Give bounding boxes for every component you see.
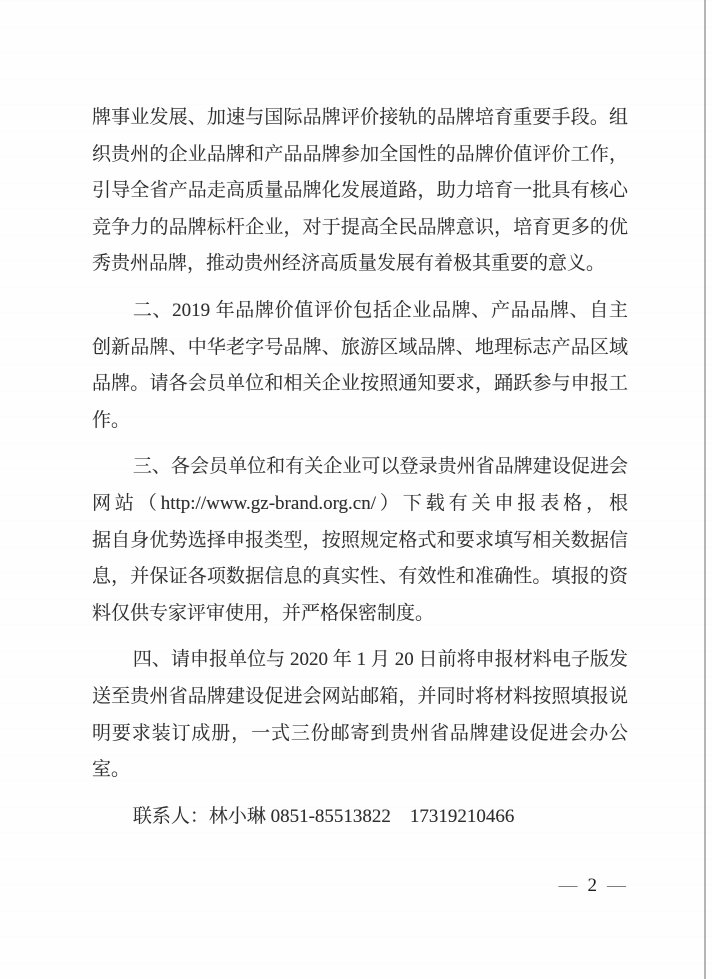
- paragraph-3: 三、各会员单位和有关企业可以登录贵州省品牌建设促进会 网站（http://www…: [92, 449, 628, 632]
- text-line: 料仅供专家评审使用，并严格保密制度。: [92, 596, 628, 633]
- paragraph-1: 牌事业发展、加速与国际品牌评价接轨的品牌培育重要手段。组 织贵州的企业品牌和产品…: [92, 100, 628, 283]
- text-line: 网站（http://www.gz-brand.org.cn/）下载有关申报表格，…: [92, 486, 628, 523]
- contact-line: 联系人：林小琳 0851-85513822 17319210466: [92, 799, 628, 836]
- text-line: 品牌。请各会员单位和相关企业按照通知要求，踊跃参与申报工: [92, 366, 628, 403]
- text-line: 四、请申报单位与 2020 年 1 月 20 日前将申报材料电子版发: [92, 642, 628, 679]
- text-line: 明要求装订成册，一式三份邮寄到贵州省品牌建设促进会办公: [92, 716, 628, 753]
- text-line: 引导全省产品走高质量品牌化发展道路，助力培育一批具有核心: [92, 173, 628, 210]
- text-line: 牌事业发展、加速与国际品牌评价接轨的品牌培育重要手段。组: [92, 100, 628, 137]
- paragraph-4: 四、请申报单位与 2020 年 1 月 20 日前将申报材料电子版发 送至贵州省…: [92, 642, 628, 788]
- text-line: 作。: [92, 403, 628, 440]
- page-number-dash-right: —: [607, 875, 626, 896]
- text-line: 竞争力的品牌标杆企业，对于提高全民品牌意识，培育更多的优: [92, 210, 628, 247]
- document-body: 牌事业发展、加速与国际品牌评价接轨的品牌培育重要手段。组 织贵州的企业品牌和产品…: [92, 100, 628, 835]
- text-line: 送至贵州省品牌建设促进会网站邮箱，并同时将材料按照填报说: [92, 679, 628, 716]
- text-line: 三、各会员单位和有关企业可以登录贵州省品牌建设促进会: [92, 449, 628, 486]
- paragraph-2: 二、2019 年品牌价值评价包括企业品牌、产品品牌、自主 创新品牌、中华老字号品…: [92, 293, 628, 439]
- text-line: 织贵州的企业品牌和产品品牌参加全国性的品牌价值评价工作，: [92, 137, 628, 174]
- text-line: 创新品牌、中华老字号品牌、旅游区域品牌、地理标志产品区域: [92, 330, 628, 367]
- paragraph-contact: 联系人：林小琳 0851-85513822 17319210466: [92, 799, 628, 836]
- text-line: 息，并保证各项数据信息的真实性、有效性和准确性。填报的资: [92, 559, 628, 596]
- text-line: 秀贵州品牌，推动贵州经济高质量发展有着极其重要的意义。: [92, 246, 628, 283]
- page-number: —2—: [559, 875, 627, 897]
- text-line: 室。: [92, 752, 628, 789]
- page-number-dash-left: —: [559, 875, 578, 896]
- page-number-value: 2: [588, 875, 598, 896]
- text-line: 二、2019 年品牌价值评价包括企业品牌、产品品牌、自主: [92, 293, 628, 330]
- scanned-document-page: 牌事业发展、加速与国际品牌评价接轨的品牌培育重要手段。组 织贵州的企业品牌和产品…: [0, 0, 712, 979]
- scan-edge-line: [704, 0, 706, 979]
- text-line: 据自身优势选择申报类型，按照规定格式和要求填写相关数据信: [92, 523, 628, 560]
